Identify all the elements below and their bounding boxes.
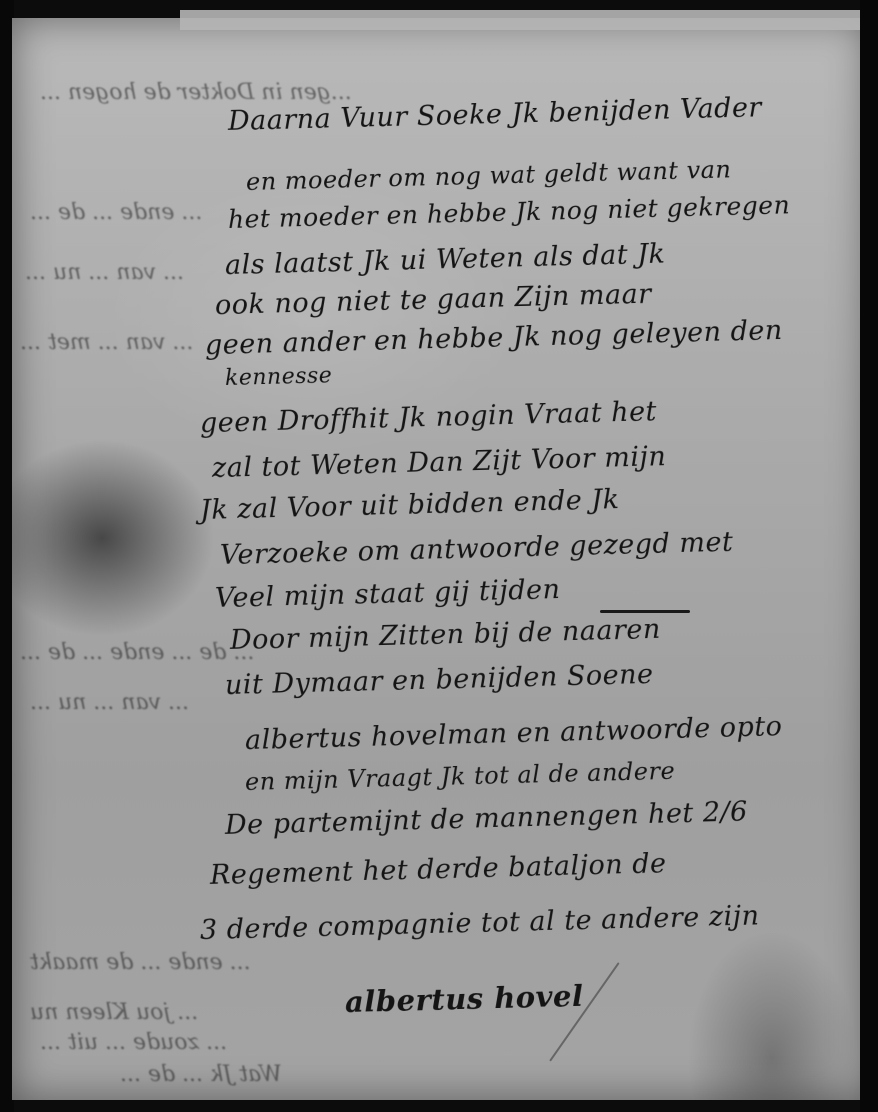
signature: albertus hovel (345, 979, 584, 1019)
paper-top-fold (180, 10, 870, 30)
bleed-through-line: ... ende ... de ... (30, 200, 202, 225)
bleed-through-line: ... van ... nu ... (30, 690, 189, 715)
bleed-through-line: ...gen in Dokter de hogen ... (40, 80, 352, 105)
bleed-through-line: ... van ... nu ... (25, 260, 184, 285)
bleed-through-line: ... zoude ... uit ... (40, 1030, 227, 1055)
letter-line-7: kennesse (225, 363, 333, 391)
bleed-through-line: Wat Jk ... de ... (120, 1062, 282, 1087)
scan-border-right (860, 0, 878, 1112)
pen-strikethrough (600, 610, 690, 613)
bleed-through-line: ... de ... ende ... de ... (20, 640, 254, 665)
bleed-through-line: ... jou Kleen nu (30, 1000, 198, 1025)
bleed-through-line: ... ende ... de maakt (30, 950, 251, 975)
bleed-through-line: ... van ... met ... (20, 330, 193, 355)
